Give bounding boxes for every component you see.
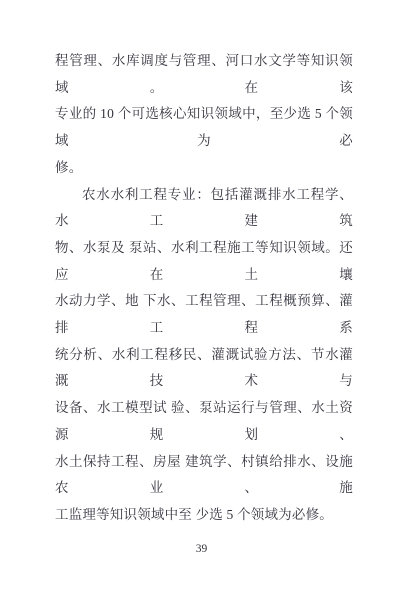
text-block: 程管理、水库调度与管理、河口水文学等知识领域。在该 专业的 10 个可选核心知识… — [55, 48, 353, 529]
document-page: 程管理、水库调度与管理、河口水文学等知识领域。在该 专业的 10 个可选核心知识… — [0, 0, 403, 604]
text-line: 修。 — [55, 155, 353, 182]
page-number: 39 — [0, 543, 403, 555]
text-line: 设备、水工模型试 验、泵站运行与管理、水土资源规划、 — [55, 395, 353, 448]
text-line-paragraph-start: 农水水利工程专业：包括灌溉排水工程学、水工建筑 — [55, 182, 353, 235]
text-line: 水动力学、地 下水、工程管理、工程概预算、灌排工程系 — [55, 288, 353, 341]
text-line: 专业的 10 个可选核心知识领域中，至少选 5 个领域为必 — [55, 101, 353, 154]
text-line: 程管理、水库调度与管理、河口水文学等知识领域。在该 — [55, 48, 353, 101]
text-line: 水土保持工程、房屋 建筑学、村镇给排水、设施农业、施 — [55, 449, 353, 502]
text-line: 统分析、水利工程移民、灌溉试验方法、节水灌溉技术与 — [55, 342, 353, 395]
text-line: 工监理等知识领域中至 少选 5 个领域为必修。 — [55, 502, 353, 529]
text-line: 物、水泵及 泵站、水利工程施工等知识领域。还应在土壤 — [55, 235, 353, 288]
